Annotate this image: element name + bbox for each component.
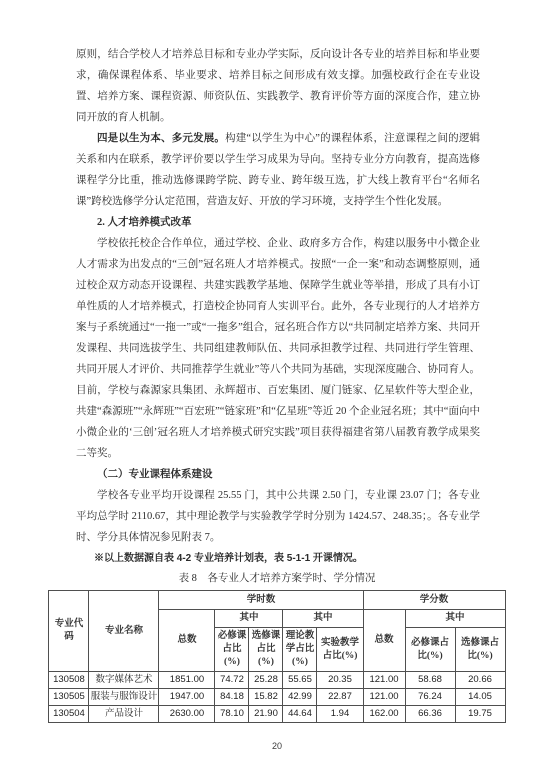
cell-major-code: 130504 — [49, 706, 89, 723]
cell-required-hours-pct: 78.10 — [215, 706, 249, 723]
cell-required-credits-pct: 66.36 — [405, 706, 455, 723]
cell-theory-pct: 44.64 — [283, 706, 317, 723]
paragraph-fourth-point: 四是以生为本、多元发展。构建“以学生为中心”的课程体系，注意课程之间的逻辑关系和… — [76, 128, 480, 212]
cell-major-name: 产品设计 — [89, 706, 159, 723]
paragraph-continuation: 原则，结合学校人才培养总目标和专业办学实际，反向设计各专业的培养目标和毕业要求，… — [76, 44, 480, 128]
header-row-groups: 专业代码 专业名称 学时数 学分数 — [49, 591, 505, 610]
section-heading-curriculum: （二）专业课程体系建设 — [76, 464, 480, 485]
table-title: 表 8 各专业人才培养方案学时、学分情况 — [0, 569, 554, 588]
header-experiment-pct: 实验教学占比(%) — [317, 628, 363, 672]
cell-credits-total: 121.00 — [363, 672, 405, 689]
page-number: 20 — [0, 741, 554, 751]
header-credits-among: 其中 — [405, 610, 505, 628]
table-row: 130504 产品设计 2630.00 78.10 21.90 44.64 1.… — [49, 706, 505, 723]
header-hours-among-2: 其中 — [283, 610, 363, 628]
body-text-block: 原则，结合学校人才培养总目标和专业办学实际，反向设计各专业的培养目标和毕业要求，… — [76, 44, 480, 569]
data-source-note: ※以上数据源自表 4-2 专业培养计划表，表 5-1-1 开课情况。 — [76, 548, 480, 569]
header-elective-credits-pct: 选修课占比(%) — [455, 628, 505, 672]
header-hours-total: 总数 — [159, 610, 215, 672]
header-hours-among-1: 其中 — [215, 610, 283, 628]
cell-experiment-pct: 22.87 — [317, 689, 363, 706]
cell-experiment-pct: 1.94 — [317, 706, 363, 723]
header-hours-group: 学时数 — [159, 591, 363, 610]
header-elective-hours-pct: 选修课占比(%) — [249, 628, 283, 672]
cell-elective-credits-pct: 20.66 — [455, 672, 505, 689]
cell-major-name: 服装与服饰设计 — [89, 689, 159, 706]
header-theory-pct: 理论教学占比(%) — [283, 628, 317, 672]
table-row: 130508 数字媒体艺术 1851.00 74.72 25.28 55.65 … — [49, 672, 505, 689]
header-major-name: 专业名称 — [89, 591, 159, 672]
table-row: 130505 服装与服饰设计 1947.00 84.18 15.82 42.99… — [49, 689, 505, 706]
cell-required-hours-pct: 74.72 — [215, 672, 249, 689]
cell-elective-hours-pct: 25.28 — [249, 672, 283, 689]
cell-hours-total: 1947.00 — [159, 689, 215, 706]
training-plan-table: 专业代码 专业名称 学时数 学分数 总数 其中 其中 总数 其中 必修课占比(%… — [48, 590, 505, 723]
paragraph-lead-bold: 四是以生为本、多元发展。 — [97, 133, 225, 144]
header-required-credits-pct: 必修课占比(%) — [405, 628, 455, 672]
cell-major-code: 130508 — [49, 672, 89, 689]
cell-theory-pct: 42.99 — [283, 689, 317, 706]
section-heading-talent-model: 2. 人才培养模式改革 — [76, 212, 480, 233]
cell-credits-total: 121.00 — [363, 689, 405, 706]
cell-required-hours-pct: 84.18 — [215, 689, 249, 706]
paragraph-talent-model: 学校依托校企合作单位，通过学校、企业、政府多方合作，构建以服务中小微企业人才需求… — [76, 233, 480, 464]
cell-hours-total: 2630.00 — [159, 706, 215, 723]
header-major-code: 专业代码 — [49, 591, 89, 672]
cell-credits-total: 162.00 — [363, 706, 405, 723]
cell-major-code: 130505 — [49, 689, 89, 706]
cell-elective-hours-pct: 15.82 — [249, 689, 283, 706]
cell-major-name: 数字媒体艺术 — [89, 672, 159, 689]
cell-elective-credits-pct: 14.05 — [455, 689, 505, 706]
cell-elective-hours-pct: 21.90 — [249, 706, 283, 723]
cell-experiment-pct: 20.35 — [317, 672, 363, 689]
cell-hours-total: 1851.00 — [159, 672, 215, 689]
header-credits-group: 学分数 — [363, 591, 505, 610]
header-credits-total: 总数 — [363, 610, 405, 672]
paragraph-curriculum-stats: 学校各专业平均开设课程 25.55 门，其中公共课 2.50 门，专业课 23.… — [76, 485, 480, 548]
cell-required-credits-pct: 76.24 — [405, 689, 455, 706]
header-required-hours-pct: 必修课占比(%) — [215, 628, 249, 672]
paragraph-lead-rest: 构建“以学生为中心”的课程体系，注意课程之间的逻辑关系和内在联系，教学评价要以学… — [76, 133, 480, 207]
cell-elective-credits-pct: 19.75 — [455, 706, 505, 723]
cell-theory-pct: 55.65 — [283, 672, 317, 689]
cell-required-credits-pct: 58.68 — [405, 672, 455, 689]
document-page: 原则，结合学校人才培养总目标和专业办学实际，反向设计各专业的培养目标和毕业要求，… — [0, 0, 554, 783]
